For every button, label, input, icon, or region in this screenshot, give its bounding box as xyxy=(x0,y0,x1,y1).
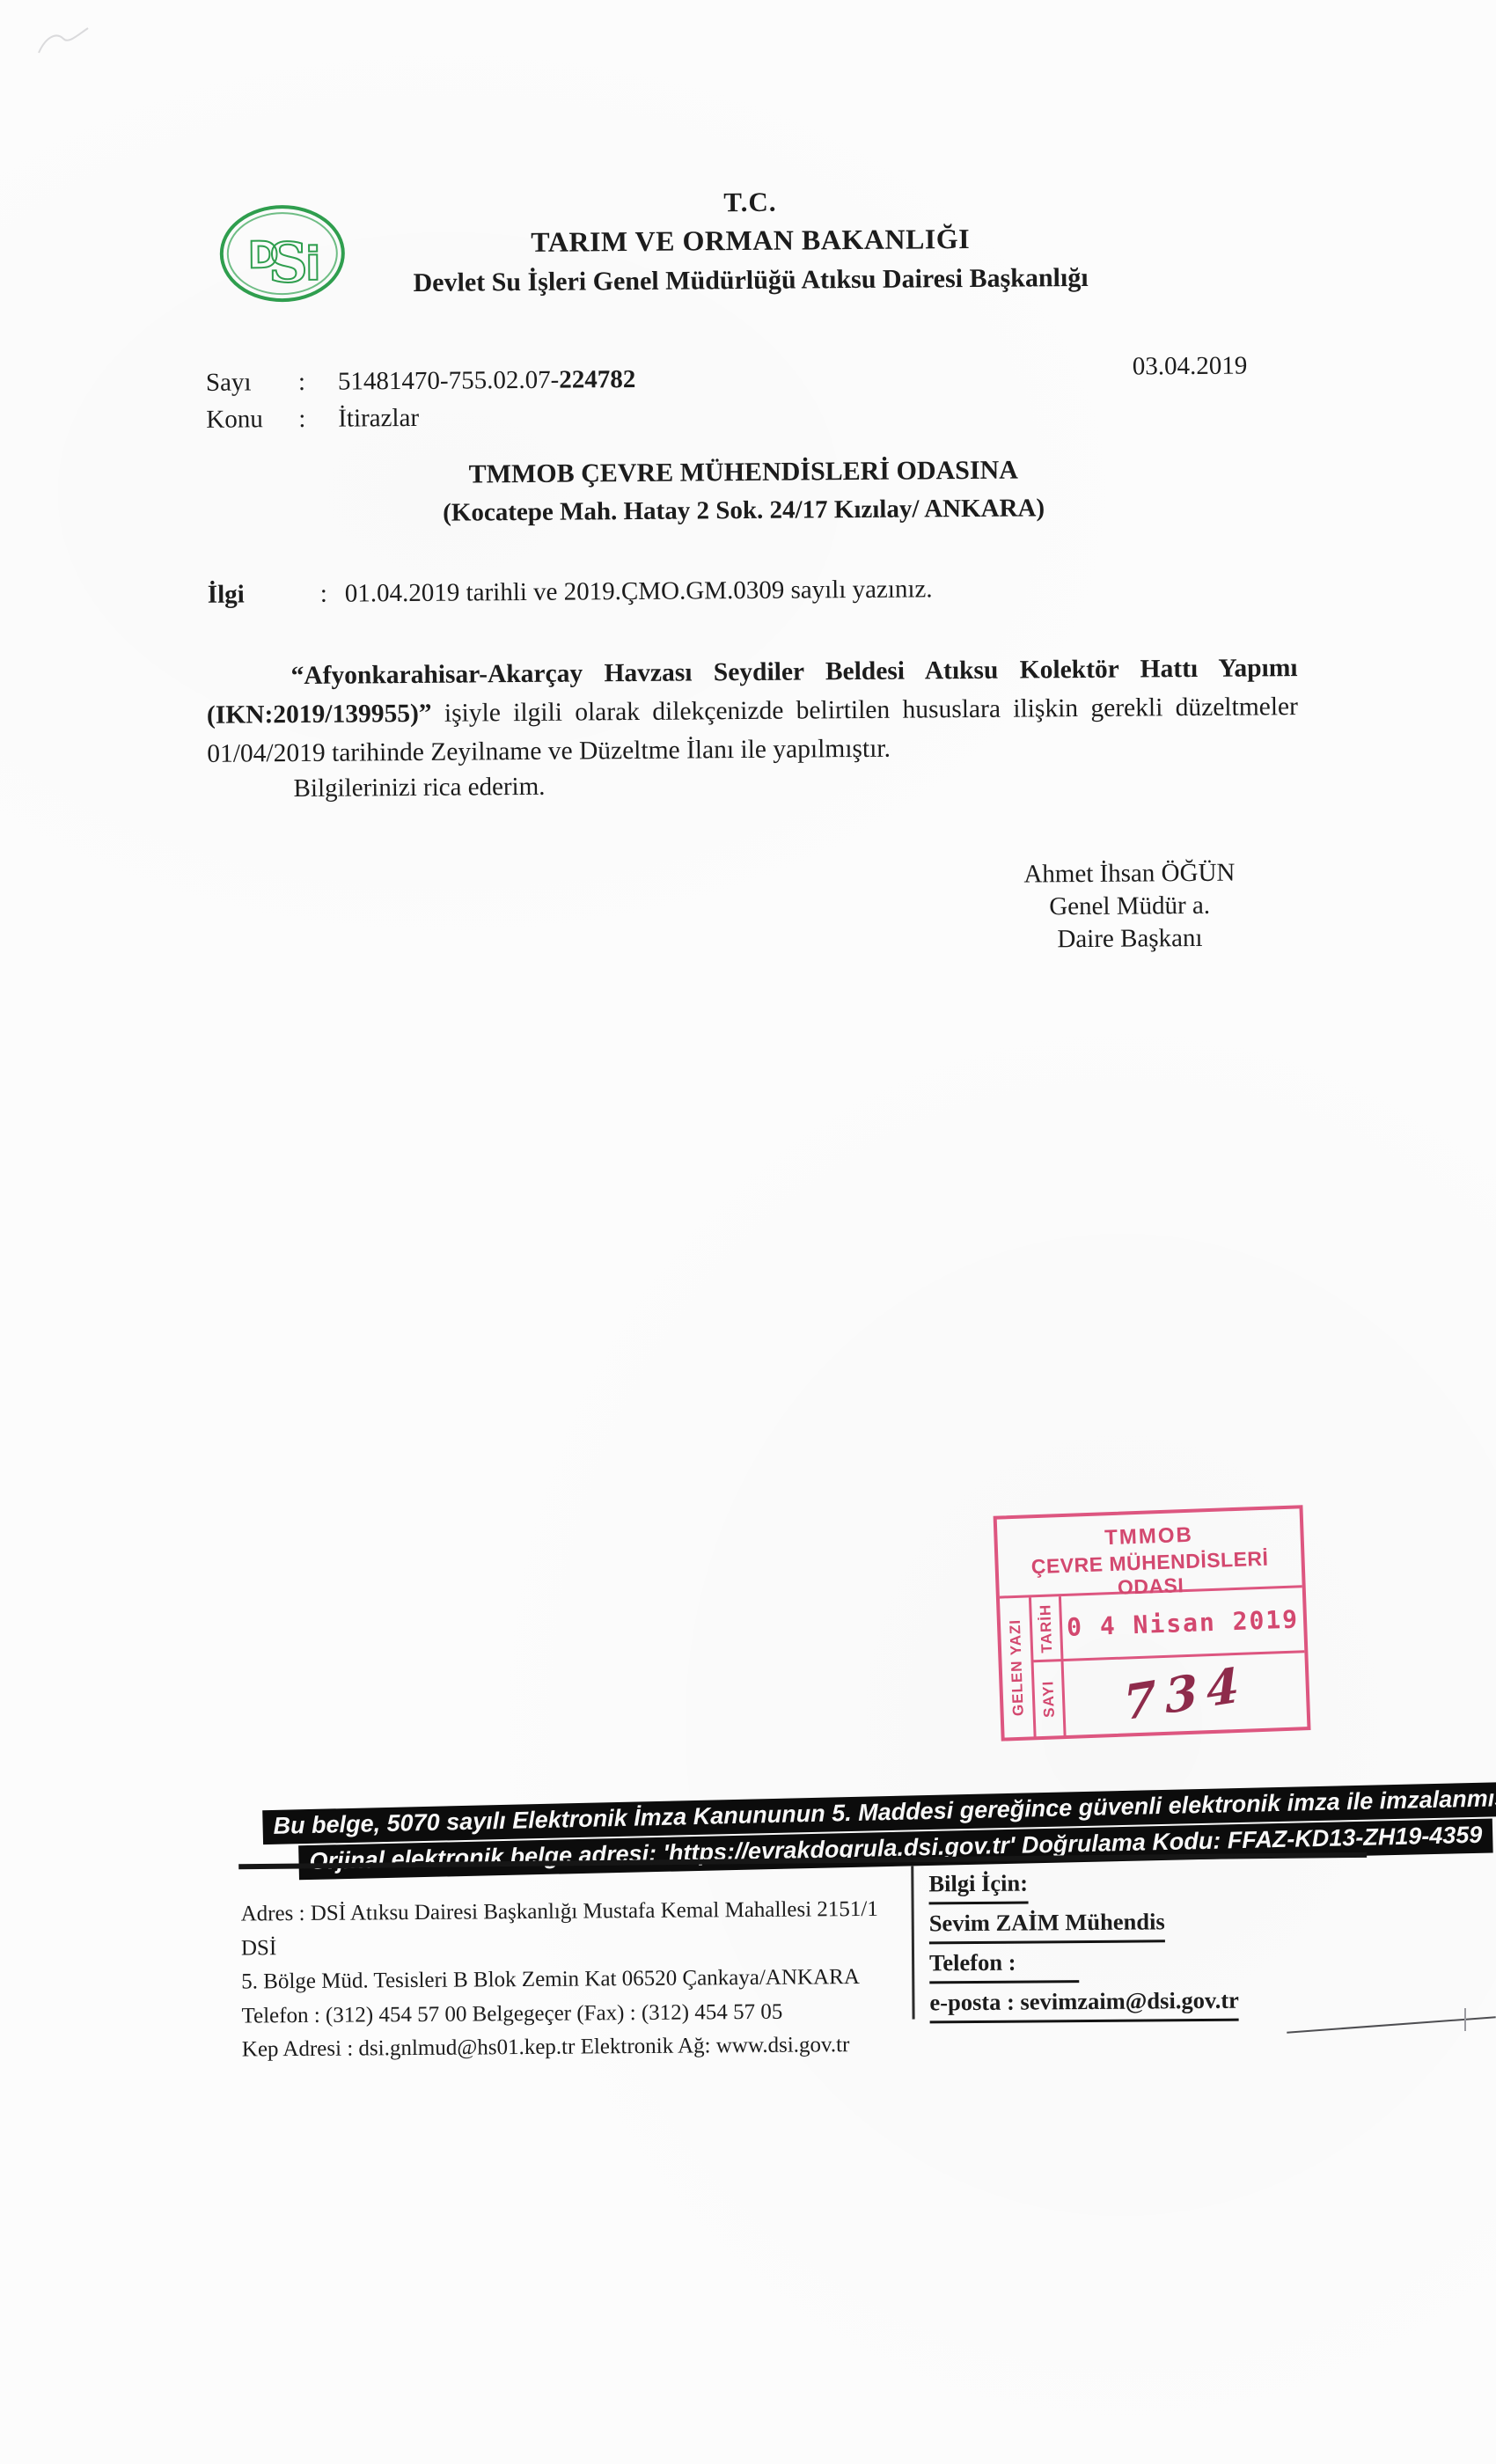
footer-contact-block: Bilgi İçin: Sevim ZAİM Mühendis Telefon … xyxy=(928,1863,1308,2024)
incoming-stamp: TMMOB ÇEVRE MÜHENDİSLERİ ODASI GELEN YAZ… xyxy=(994,1505,1311,1741)
stamp-gelen-yazi-cell: GELEN YAZI xyxy=(1000,1597,1037,1738)
stamp-label-column: TARİH SAYI xyxy=(1031,1596,1067,1737)
stamp-number-cell: 734 xyxy=(1064,1653,1308,1736)
scan-content: D S i T.C. TARIM VE ORMAN BAKANLIĞI Devl… xyxy=(0,0,1496,2464)
footer-address-line-3: Telefon : (312) 454 57 00 Belgegeçer (Fa… xyxy=(241,1994,899,2033)
closing-line: Bilgilerinizi rica ederim. xyxy=(293,773,545,803)
konu-row: Konu : İtirazlar xyxy=(206,402,636,435)
contact-phone: Telefon : xyxy=(929,1944,1079,1984)
contact-person: Sevim ZAİM Mühendis xyxy=(929,1903,1165,1944)
ilgi-colon: : xyxy=(320,580,345,609)
footer-address-line-4: Kep Adresi : dsi.gnlmud@hs01.kep.tr Elek… xyxy=(242,2028,900,2067)
stamp-main-column: 0 4 Nisan 2019 734 xyxy=(1061,1588,1308,1736)
footer-vertical-divider xyxy=(911,1866,914,2020)
letterhead-department: Devlet Su İşleri Genel Müdürlüğü Atıksu … xyxy=(214,261,1287,300)
stamp-tarih-cell: TARİH xyxy=(1031,1596,1061,1662)
letterhead-ministry: TARIM VE ORMAN BAKANLIĞI xyxy=(214,220,1287,261)
konu-colon: : xyxy=(298,405,338,434)
ilgi-label: İlgi xyxy=(208,580,320,610)
ilgi-text: 01.04.2019 tarihli ve 2019.ÇMO.GM.0309 s… xyxy=(345,575,933,608)
stamp-grid: GELEN YAZI TARİH SAYI 0 4 Nisan 2019 734 xyxy=(1000,1588,1307,1738)
scan-artifact-tick xyxy=(1464,2008,1466,2031)
contact-heading: Bilgi İçin: xyxy=(928,1866,1028,1905)
sayi-row: Sayı : 51481470-755.02.07-224782 xyxy=(206,365,636,398)
footer-address-block: Adres : DSİ Atıksu Dairesi Başkanlığı Mu… xyxy=(240,1893,899,2067)
contact-phone-line: Telefon : xyxy=(929,1942,1308,1984)
stamp-tarih-label: TARİH xyxy=(1037,1603,1056,1653)
contact-heading-line: Bilgi İçin: xyxy=(928,1863,1307,1904)
sayi-label: Sayı xyxy=(206,368,298,398)
sayi-value: 51481470-755.02.07-224782 xyxy=(338,365,636,397)
stamp-sayi-cell: SAYI xyxy=(1034,1661,1064,1737)
letterhead: T.C. TARIM VE ORMAN BAKANLIĞI Devlet Su … xyxy=(213,182,1287,300)
stamp-gelen-yazi-label: GELEN YAZI xyxy=(1006,1619,1027,1717)
signer-title-1: Genel Müdür a. xyxy=(963,889,1297,924)
contact-person-line: Sevim ZAİM Mühendis xyxy=(929,1903,1308,1944)
contact-email: e-posta : sevimzaim@dsi.gov.tr xyxy=(929,1983,1239,2024)
scan-artifact-squiggle xyxy=(33,19,95,63)
stamp-sayi-label: SAYI xyxy=(1039,1681,1058,1719)
sayi-value-prefix: 51481470-755.02.07- xyxy=(338,366,560,396)
recipient-address: (Kocatepe Mah. Hatay 2 Sok. 24/17 Kızıla… xyxy=(304,493,1184,529)
sayi-colon: : xyxy=(298,368,338,397)
scanned-letter-page: D S i T.C. TARIM VE ORMAN BAKANLIĞI Devl… xyxy=(0,0,1496,2464)
signer-title-2: Daire Başkanı xyxy=(963,921,1297,957)
sayi-value-bold: 224782 xyxy=(559,365,635,394)
document-date: 03.04.2019 xyxy=(1133,352,1248,382)
document-meta: Sayı : 51481470-755.02.07-224782 Konu : … xyxy=(206,365,636,443)
footer-address-line-2: 5. Bölge Müd. Tesisleri B Blok Zemin Kat… xyxy=(241,1961,899,1999)
contact-email-line: e-posta : sevimzaim@dsi.gov.tr xyxy=(929,1982,1308,2023)
body-paragraph: “Afyonkarahisar-Akarçay Havzası Seydiler… xyxy=(206,649,1298,774)
stamp-org-title: TMMOB ÇEVRE MÜHENDİSLERİ ODASI xyxy=(997,1508,1302,1598)
konu-label: Konu xyxy=(206,405,298,435)
recipient-name: TMMOB ÇEVRE MÜHENDİSLERİ ODASINA xyxy=(304,454,1184,491)
letterhead-tc: T.C. xyxy=(213,182,1287,223)
footer-address-line-1: Adres : DSİ Atıksu Dairesi Başkanlığı Mu… xyxy=(240,1893,899,1966)
stamp-date-cell: 0 4 Nisan 2019 xyxy=(1061,1588,1304,1661)
stamp-handwritten-number: 734 xyxy=(1122,1654,1249,1731)
recipient-block: TMMOB ÇEVRE MÜHENDİSLERİ ODASINA (Kocate… xyxy=(304,454,1184,529)
signer-name: Ahmet İhsan ÖĞÜN xyxy=(962,856,1296,891)
konu-value: İtirazlar xyxy=(338,404,419,434)
reference-row: İlgi : 01.04.2019 tarihli ve 2019.ÇMO.GM… xyxy=(208,575,933,609)
signature-block: Ahmet İhsan ÖĞÜN Genel Müdür a. Daire Ba… xyxy=(962,856,1297,957)
